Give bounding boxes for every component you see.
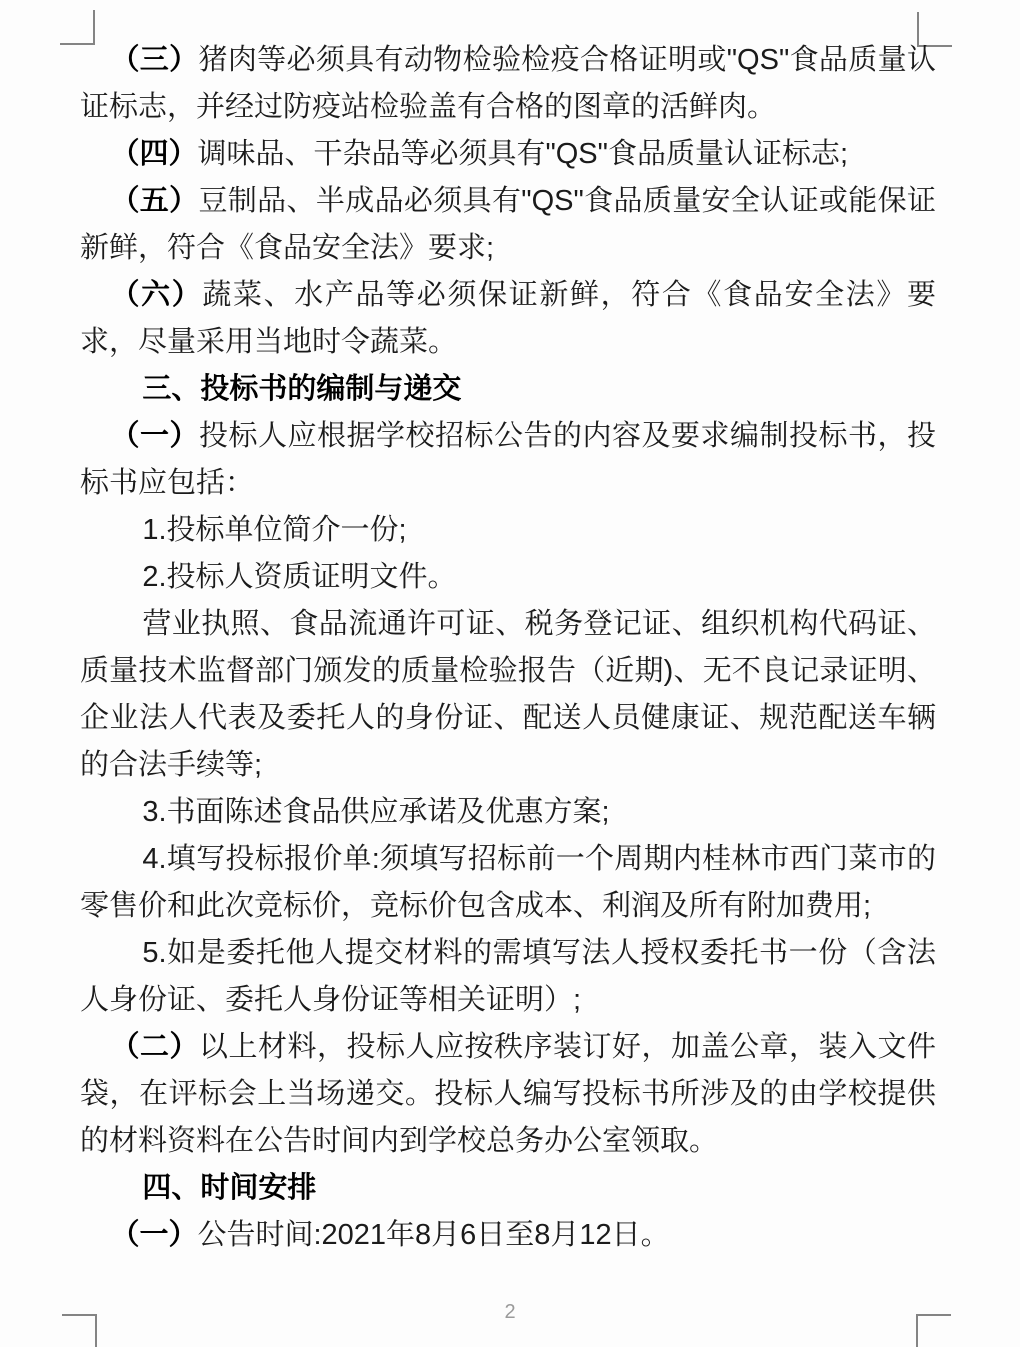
- item-text: 调味品、干杂品等必须具有"QS"食品质量认证标志;: [197, 138, 848, 170]
- list-item-5: 5.如是委托他人提交材料的需填写法人授权委托书一份（含法人身份证、委托人身份证等…: [80, 930, 936, 1024]
- item-text: 猪肉等必须具有动物检验检疫合格证明或"QS"食品质量认证标志，并经过防疫站检验盖…: [80, 44, 936, 123]
- item-marker: （六）: [110, 279, 202, 311]
- item-text: 蔬菜、水产品等必须保证新鲜，符合《食品安全法》要求，尽量采用当地时令蔬菜。: [80, 279, 936, 358]
- paragraph-item-3: （三）猪肉等必须具有动物检验检疫合格证明或"QS"食品质量认证标志，并经过防疫站…: [80, 37, 936, 131]
- paragraph-credentials: 营业执照、食品流通许可证、税务登记证、组织机构代码证、质量技术监督部门颁发的质量…: [80, 601, 936, 789]
- item-text: 以上材料，投标人应按秩序装订好，加盖公章，装入文件袋，在评标会上当场递交。投标人…: [80, 1031, 936, 1157]
- paragraph-announcement-time: （一）公告时间:2021年8月6日至8月12日。: [80, 1212, 936, 1259]
- item-marker: （一）: [110, 420, 199, 452]
- item-marker: （三）: [110, 44, 198, 76]
- paragraph-item-2: （二）以上材料，投标人应按秩序装订好，加盖公章，装入文件袋，在评标会上当场递交。…: [80, 1024, 936, 1165]
- list-item-4: 4.填写投标报价单:须填写招标前一个周期内桂林市西门菜市的零售价和此次竞标价，竞…: [80, 836, 936, 930]
- paragraph-item-6: （六）蔬菜、水产品等必须保证新鲜，符合《食品安全法》要求，尽量采用当地时令蔬菜。: [80, 272, 936, 366]
- item-marker: （五）: [110, 185, 198, 217]
- list-item-2: 2.投标人资质证明文件。: [80, 554, 936, 601]
- section-heading-3: 三、投标书的编制与递交: [80, 366, 936, 413]
- paragraph-item-4: （四）调味品、干杂品等必须具有"QS"食品质量认证标志;: [80, 131, 936, 178]
- document-page: （三）猪肉等必须具有动物检验检疫合格证明或"QS"食品质量认证标志，并经过防疫站…: [0, 0, 1020, 1347]
- page-number: 2: [0, 1301, 1020, 1324]
- item-marker: （四）: [110, 138, 197, 170]
- item-text: 投标人应根据学校招标公告的内容及要求编制投标书，投标书应包括：: [80, 420, 936, 499]
- list-item-3: 3.书面陈述食品供应承诺及优惠方案;: [80, 789, 936, 836]
- list-item-1: 1.投标单位简介一份;: [80, 507, 936, 554]
- item-text: 公告时间:2021年8月6日至8月12日。: [197, 1219, 669, 1251]
- section-heading-4: 四、时间安排: [80, 1165, 936, 1212]
- paragraph-item-5: （五）豆制品、半成品必须具有"QS"食品质量安全认证或能保证新鲜，符合《食品安全…: [80, 178, 936, 272]
- document-body: （三）猪肉等必须具有动物检验检疫合格证明或"QS"食品质量认证标志，并经过防疫站…: [80, 37, 936, 1259]
- item-marker: （二）: [110, 1031, 199, 1063]
- item-text: 豆制品、半成品必须具有"QS"食品质量安全认证或能保证新鲜，符合《食品安全法》要…: [80, 185, 936, 264]
- item-marker: （一）: [110, 1219, 197, 1251]
- paragraph-item-1: （一）投标人应根据学校招标公告的内容及要求编制投标书，投标书应包括：: [80, 413, 936, 507]
